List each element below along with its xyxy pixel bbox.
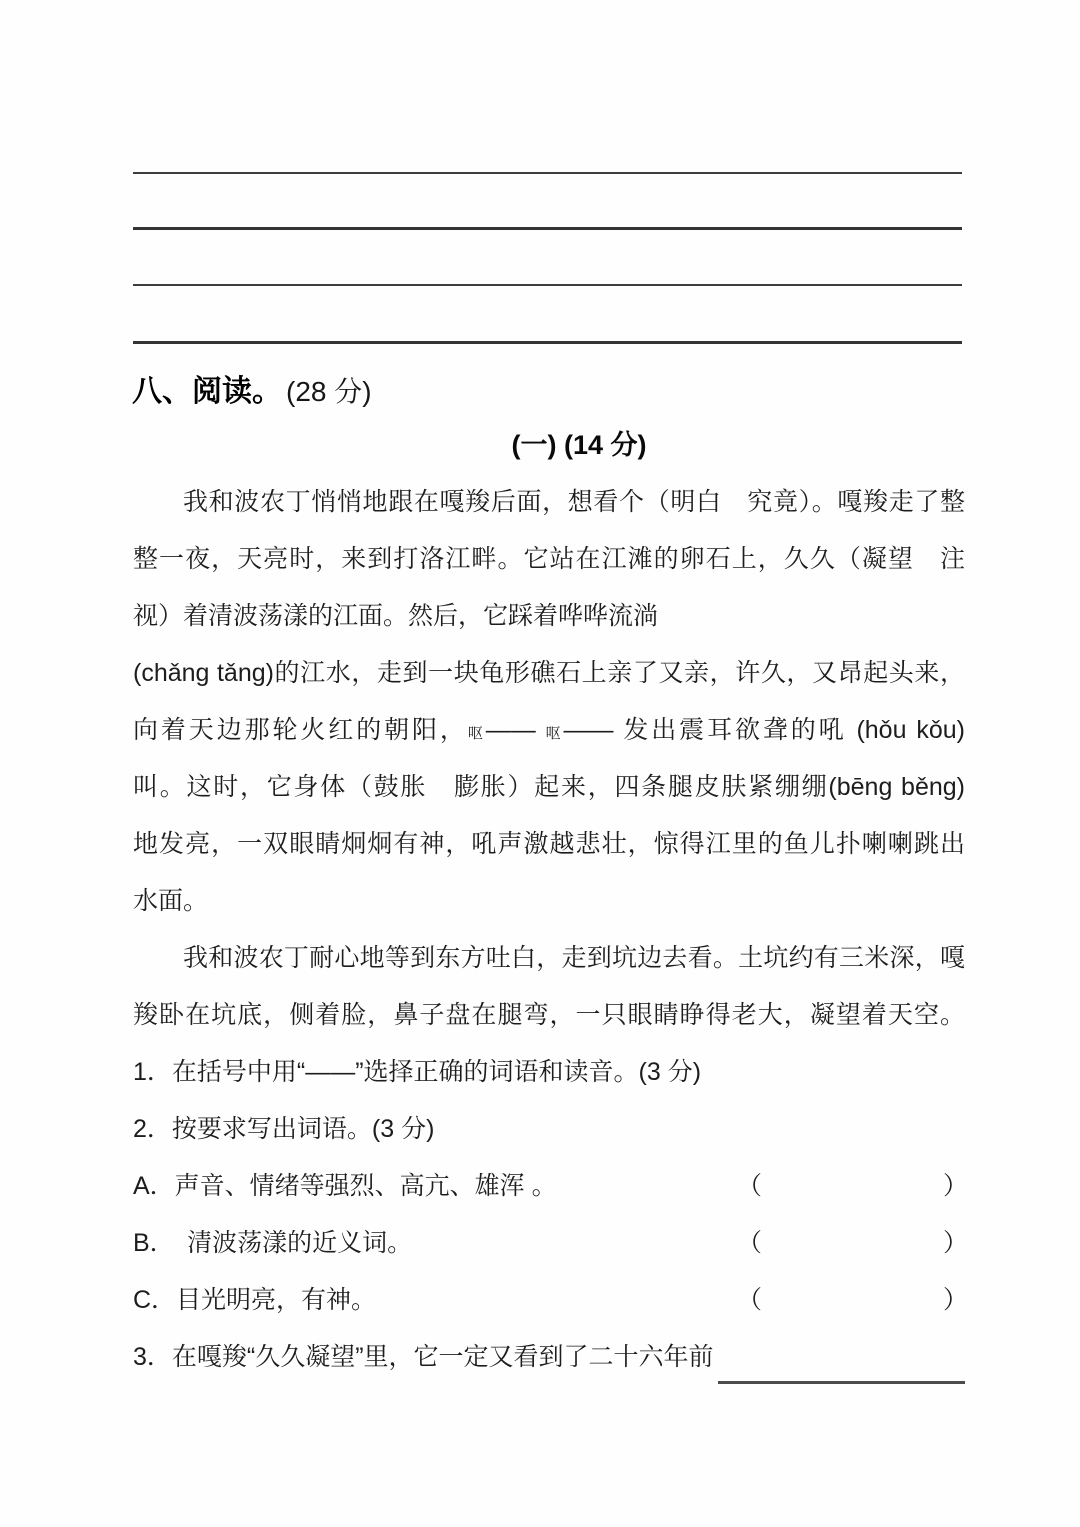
answer-line-3 [133, 284, 962, 286]
roar-sound-1: 呕 [468, 725, 486, 742]
vocab-item-a: A．声音、情绪等强烈、高亢、雄浑 。 （ ） [133, 1158, 965, 1215]
question-3-text: 3．在嘎羧“久久凝望”里，它一定又看到了二十六年前 [133, 1329, 714, 1386]
roar-dash-1: —— [486, 716, 546, 744]
vocab-item-c-text: C．目光明亮，有神。 [133, 1286, 376, 1314]
answer-line-4 [133, 341, 962, 344]
answer-paren-close: ） [943, 1158, 965, 1215]
question-3: 3．在嘎羧“久久凝望”里，它一定又看到了二十六年前 [133, 1329, 965, 1386]
vocab-item-a-text: A．声音、情绪等强烈、高亢、雄浑 。 [133, 1172, 557, 1200]
passage-line: 叫。这时，它身体（鼓胀 膨胀）起来，四条腿皮肤紧绷绷(bēng běng) [133, 759, 965, 816]
passage-line: 视）着清波荡漾的江面。然后，它踩着哗哗流淌 [133, 588, 965, 645]
answer-paren-open: （ [737, 1215, 762, 1272]
passage-line: 我和波农丁耐心地等到东方吐白，走到坑边去看。土坑约有三米深，嘎 [133, 930, 965, 987]
question-2: 2．按要求写出词语。(3 分) [133, 1101, 965, 1158]
answer-line-1 [133, 172, 962, 174]
passage-line: 地发亮，一双眼睛炯炯有神，吼声激越悲壮，惊得江里的鱼儿扑喇喇跳出 [133, 816, 965, 873]
passage-line: 整一夜，天亮时，来到打洛江畔。它站在江滩的卵石上，久久（凝望 注 [133, 531, 965, 588]
part-title: (一) (14 分) [133, 417, 965, 474]
section-score: (28 分) [286, 376, 372, 407]
answer-paren-close: ） [943, 1272, 965, 1329]
exam-page: 八、阅读。(28 分) (一) (14 分) 我和波农丁悄悄地跟在嘎羧后面，想看… [0, 0, 1080, 1527]
roar-prefix: 向着天边那轮火红的朝阳， [133, 716, 468, 744]
answer-line-2 [133, 227, 962, 230]
roar-dash-2: —— [564, 716, 624, 744]
answer-paren-close: ） [943, 1215, 965, 1272]
reading-section: (一) (14 分) 我和波农丁悄悄地跟在嘎羧后面，想看个（明白 究竟）。嘎羧走… [133, 417, 965, 1386]
answer-paren-open: （ [737, 1158, 762, 1215]
passage-line: 羧卧在坑底，侧着脸，鼻子盘在腿弯，一只眼睛睁得老大，凝望着天空。 [133, 987, 965, 1044]
roar-suffix: 发出震耳欲聋的吼 (hǒu kǒu) [623, 716, 965, 744]
answer-blank-line [718, 1329, 965, 1384]
passage-line-roar: 向着天边那轮火红的朝阳，呕—— 呕—— 发出震耳欲聋的吼 (hǒu kǒu) [133, 702, 965, 759]
question-1: 1．在括号中用“——”选择正确的词语和读音。(3 分) [133, 1044, 965, 1101]
answer-paren-open: （ [737, 1272, 762, 1329]
vocab-item-b-text: B． 清波荡漾的近义词。 [133, 1229, 412, 1257]
passage-line: 水面。 [133, 873, 965, 930]
vocab-item-b: B． 清波荡漾的近义词。 （ ） [133, 1215, 965, 1272]
vocab-item-c: C．目光明亮，有神。 （ ） [133, 1272, 965, 1329]
section-title: 八、阅读。 [132, 375, 282, 408]
passage-line: (chǎng tǎng)的江水，走到一块龟形礁石上亲了又亲，许久，又昂起头来， [133, 645, 965, 702]
passage-line: 我和波农丁悄悄地跟在嘎羧后面，想看个（明白 究竟）。嘎羧走了整 [133, 474, 965, 531]
section-heading: 八、阅读。(28 分) [132, 366, 372, 410]
roar-sound-2: 呕 [546, 725, 564, 742]
